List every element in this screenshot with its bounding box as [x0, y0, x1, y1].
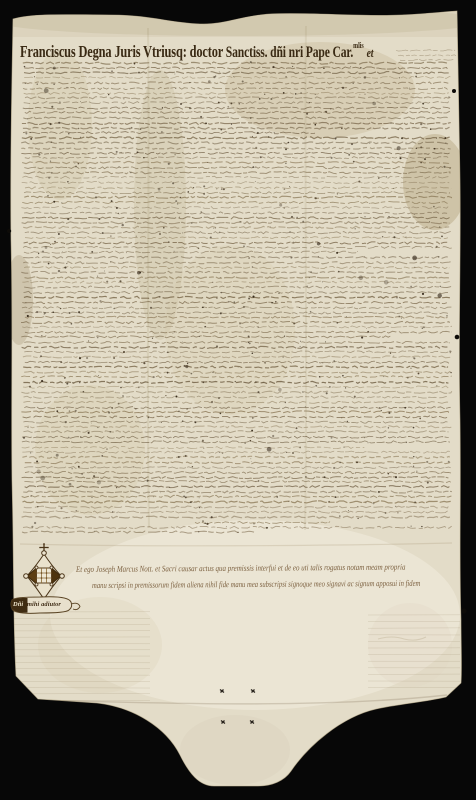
motto-word-on-dark: Dñi: [13, 601, 23, 608]
motto-remainder: mihi adiutor: [27, 601, 61, 608]
header-title: Franciscus Degna Juris Vtriusq: doctor S…: [20, 41, 362, 62]
header-second-text: Sanctiss. dñi nri Pape Car.: [226, 44, 353, 61]
header-tail-text: et: [367, 45, 374, 60]
photo-stage: Franciscus Degna Juris Vtriusq: doctor S…: [0, 0, 476, 800]
motto-text: Dñi mihi adiutor: [13, 601, 61, 608]
header-main-text: Franciscus Degna Juris Vtriusq: doctor: [20, 42, 226, 61]
parchment-graphic: [0, 0, 476, 800]
header-superscript: mlis: [353, 41, 364, 50]
